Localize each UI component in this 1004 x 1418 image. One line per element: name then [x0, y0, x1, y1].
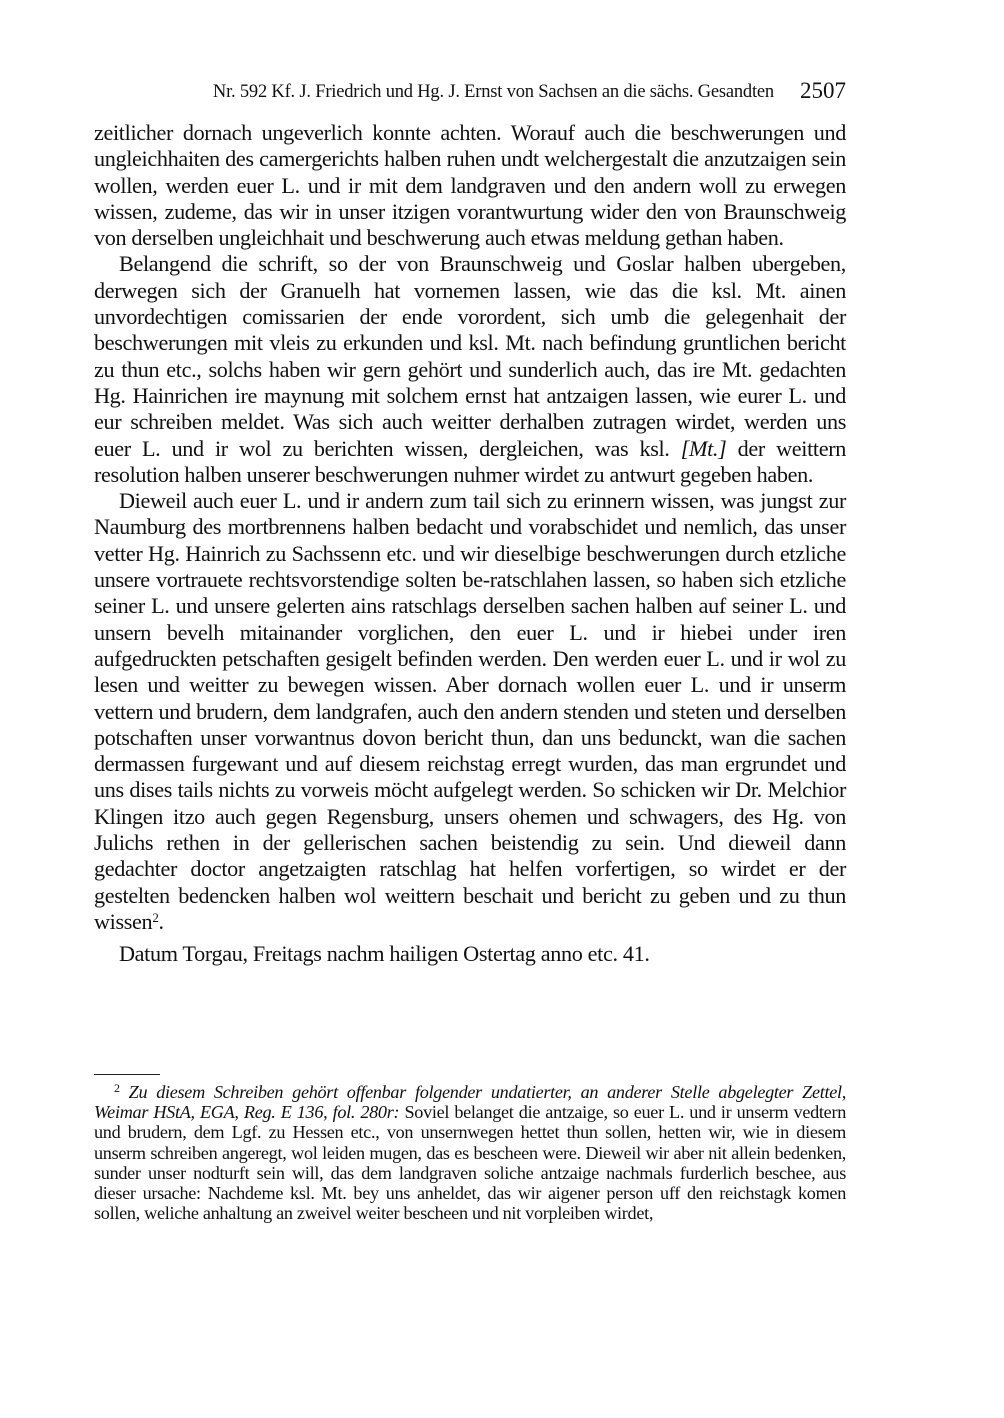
running-header: Nr. 592 Kf. J. Friedrich und Hg. J. Erns…: [94, 78, 846, 108]
footnote-number: 2: [114, 1081, 120, 1095]
dating-line: Datum Torgau, Freitags nachm hailigen Os…: [94, 941, 846, 967]
main-text: zeitlicher dornach ungeverlich konnte ac…: [94, 120, 846, 968]
editorial-insertion: [Mt.]: [681, 436, 727, 461]
footnotes: 2 Zu diesem Schreiben gehört offenbar fo…: [94, 1082, 846, 1223]
paragraph-3-text: Dieweil auch euer L. und ir andern zum t…: [94, 488, 846, 934]
page-number: 2507: [800, 78, 846, 104]
paragraph-3-end: .: [158, 909, 163, 934]
paragraph-1: zeitlicher dornach ungeverlich konnte ac…: [94, 120, 846, 251]
paragraph-2: Belangend die schrift, so der von Brauns…: [94, 251, 846, 488]
footnote-2: 2 Zu diesem Schreiben gehört offenbar fo…: [94, 1082, 846, 1223]
footnote-divider: [94, 1074, 160, 1075]
paragraph-2-text-a: Belangend die schrift, so der von Brauns…: [94, 251, 846, 460]
running-title: Nr. 592 Kf. J. Friedrich und Hg. J. Erns…: [213, 82, 774, 103]
paragraph-3: Dieweil auch euer L. und ir andern zum t…: [94, 488, 846, 935]
